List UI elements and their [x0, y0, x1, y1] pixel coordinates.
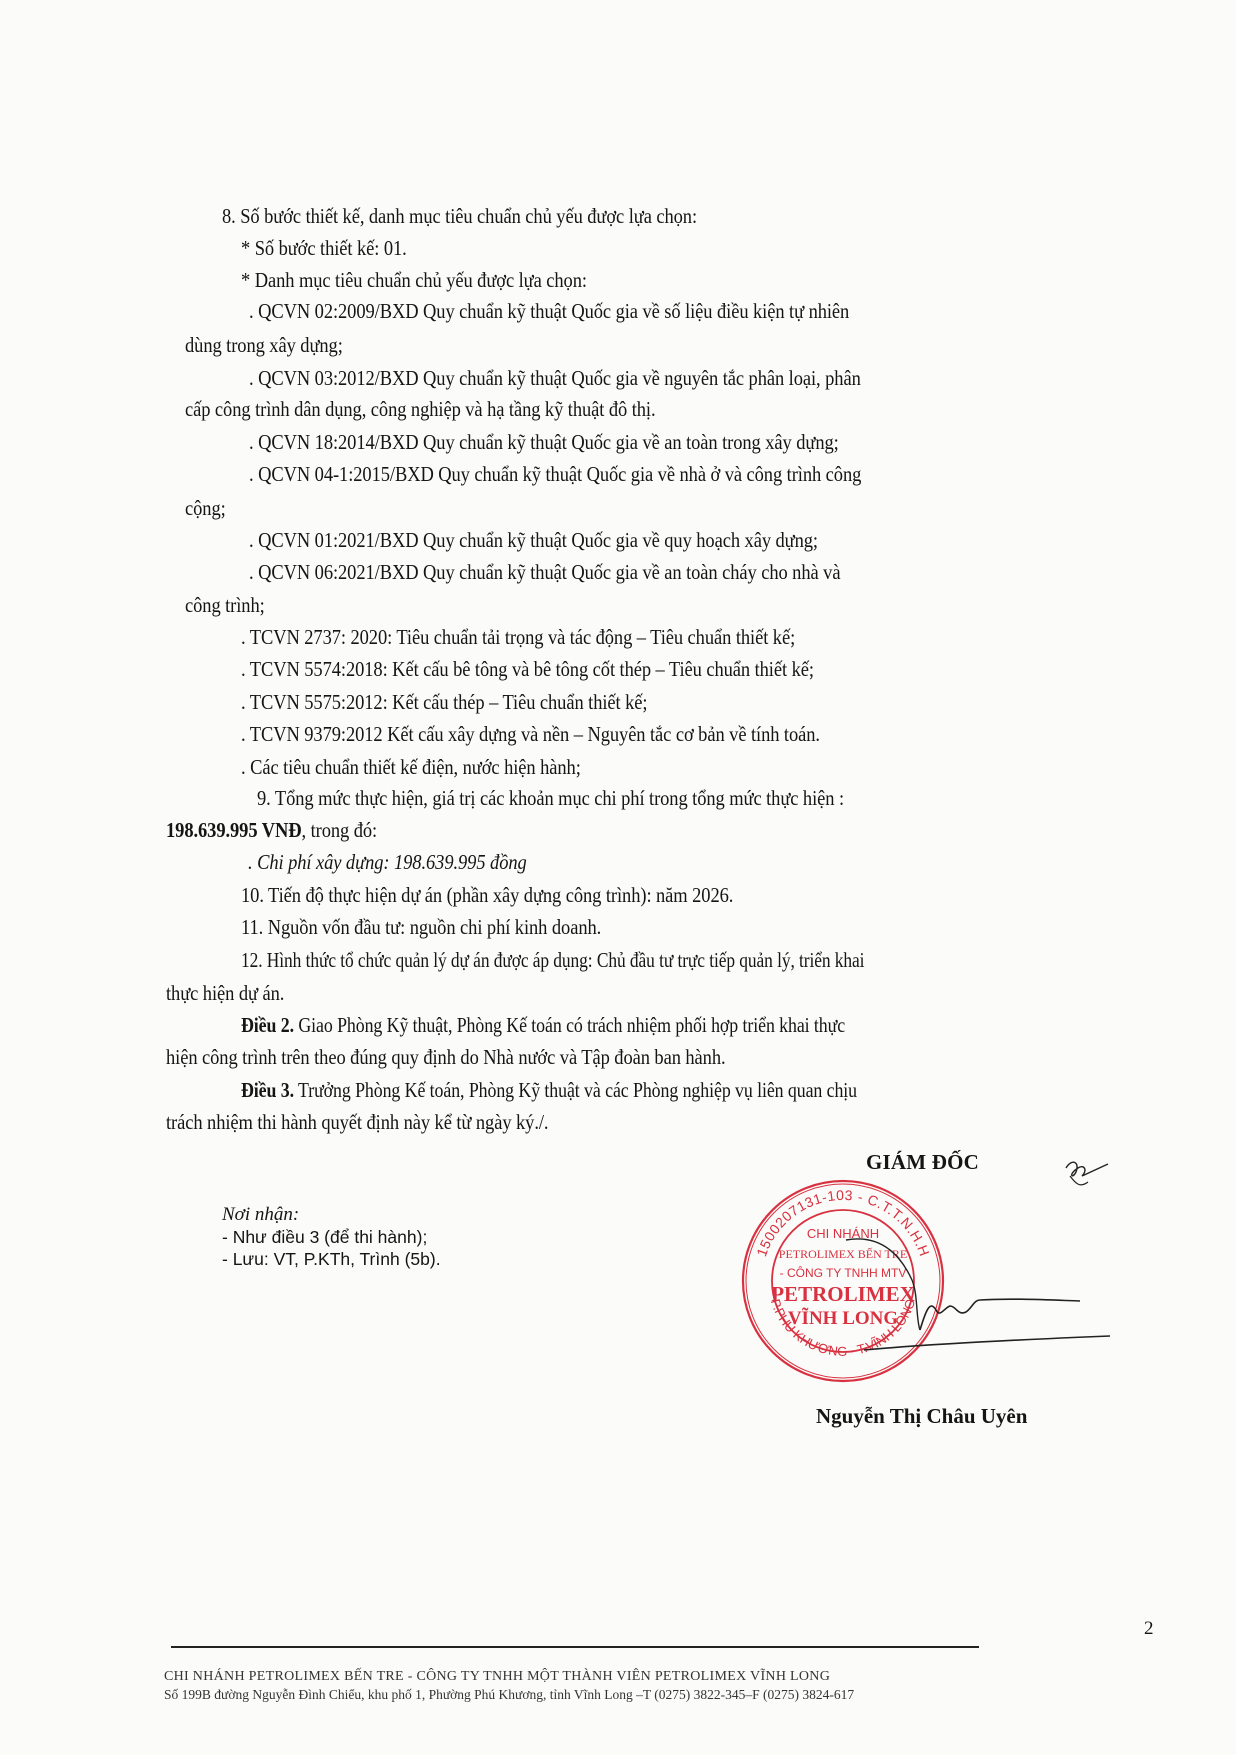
- standard-item: . TCVN 5574:2018: Kết cấu bê tông và bê …: [241, 655, 814, 684]
- section-9-heading: 9. Tổng mức thực hiện, giá trị các khoản…: [257, 784, 844, 813]
- svg-text:PETROLIMEX: PETROLIMEX: [771, 1282, 915, 1306]
- standard-item: . QCVN 03:2012/BXD Quy chuẩn kỹ thuật Qu…: [249, 364, 861, 393]
- recipient-item: - Như điều 3 (để thi hành);: [222, 1226, 441, 1248]
- recipients-heading: Nơi nhận:: [222, 1204, 441, 1226]
- svg-text:VĨNH LONG: VĨNH LONG: [788, 1307, 899, 1329]
- page-number: 2: [1144, 1618, 1154, 1640]
- construction-cost: . Chi phí xây dựng: 198.639.995 đồng: [248, 848, 527, 877]
- svg-text:- CÔNG TY TNHH MTV: - CÔNG TY TNHH MTV: [780, 1265, 907, 1280]
- svg-text:CHI NHÁNH: CHI NHÁNH: [807, 1226, 879, 1241]
- article-3-label: Điều 3.: [241, 1078, 294, 1102]
- standard-item: . QCVN 06:2021/BXD Quy chuẩn kỹ thuật Qu…: [249, 558, 840, 587]
- section-11: 11. Nguồn vốn đầu tư: nguồn chi phí kinh…: [241, 913, 601, 942]
- section-12-cont: thực hiện dự án.: [166, 979, 284, 1008]
- article-3-cont: trách nhiệm thi hành quyết định này kể t…: [166, 1108, 548, 1137]
- standard-item: . TCVN 9379:2012 Kết cấu xây dựng và nền…: [241, 720, 820, 749]
- svg-text:PETROLIMEX BẾN TRE: PETROLIMEX BẾN TRE: [779, 1246, 907, 1261]
- footer-divider: [171, 1646, 979, 1648]
- standard-item: . QCVN 04-1:2015/BXD Quy chuẩn kỹ thuật …: [249, 460, 861, 489]
- recipient-item: - Lưu: VT, P.KTh, Trình (5b).: [222, 1248, 441, 1270]
- standard-item: . TCVN 5575:2012: Kết cấu thép – Tiêu ch…: [241, 688, 647, 717]
- standard-item-cont: cộng;: [185, 494, 226, 523]
- article-2-cont: hiện công trình trên theo đúng quy định …: [166, 1043, 726, 1072]
- standard-item: . TCVN 2737: 2020: Tiêu chuẩn tải trọng …: [241, 623, 795, 652]
- article-2-label: Điều 2.: [241, 1013, 294, 1037]
- document-page: 8. Số bước thiết kế, danh mục tiêu chuẩn…: [0, 0, 1236, 1755]
- section-12: 12. Hình thức tổ chức quản lý dự án được…: [241, 946, 864, 975]
- standard-item: . Các tiêu chuẩn thiết kế điện, nước hiệ…: [241, 753, 581, 782]
- company-stamp: 1500207131-103 - C.T.T.N.H.H P.PHÚ KHƯƠN…: [740, 1178, 946, 1384]
- standard-item: . QCVN 02:2009/BXD Quy chuẩn kỹ thuật Qu…: [249, 297, 849, 326]
- standards-heading: * Danh mục tiêu chuẩn chủ yếu được lựa c…: [241, 266, 587, 295]
- standard-item-cont: cấp công trình dân dụng, công nghiệp và …: [185, 395, 656, 424]
- standard-item-cont: dùng trong xây dựng;: [185, 331, 343, 360]
- section-10: 10. Tiến độ thực hiện dự án (phần xây dự…: [241, 881, 733, 910]
- footer-company: CHI NHÁNH PETROLIMEX BẾN TRE - CÔNG TY T…: [164, 1668, 854, 1686]
- design-steps: * Số bước thiết kế: 01.: [241, 234, 407, 263]
- standard-item: . QCVN 01:2021/BXD Quy chuẩn kỹ thuật Qu…: [249, 526, 818, 555]
- section-9-total: 198.639.995 VNĐ, trong đó:: [166, 816, 377, 845]
- footer: CHI NHÁNH PETROLIMEX BẾN TRE - CÔNG TY T…: [164, 1668, 854, 1704]
- section-8-heading: 8. Số bước thiết kế, danh mục tiêu chuẩn…: [222, 202, 697, 231]
- standard-item: . QCVN 18:2014/BXD Quy chuẩn kỹ thuật Qu…: [249, 428, 839, 457]
- standard-item-cont: công trình;: [185, 591, 265, 620]
- total-suffix: , trong đó:: [302, 818, 378, 842]
- article-3: Điều 3. Trưởng Phòng Kế toán, Phòng Kỹ t…: [241, 1076, 857, 1105]
- recipients: Nơi nhận: - Như điều 3 (để thi hành); - …: [222, 1204, 441, 1270]
- footer-address: Số 199B đường Nguyễn Đình Chiểu, khu phố…: [164, 1686, 854, 1704]
- total-amount: 198.639.995 VNĐ: [166, 818, 302, 842]
- signature-title: GIÁM ĐỐC: [866, 1150, 979, 1175]
- article-2: Điều 2. Giao Phòng Kỹ thuật, Phòng Kế to…: [241, 1011, 845, 1040]
- signer-name: Nguyễn Thị Châu Uyên: [816, 1404, 1027, 1429]
